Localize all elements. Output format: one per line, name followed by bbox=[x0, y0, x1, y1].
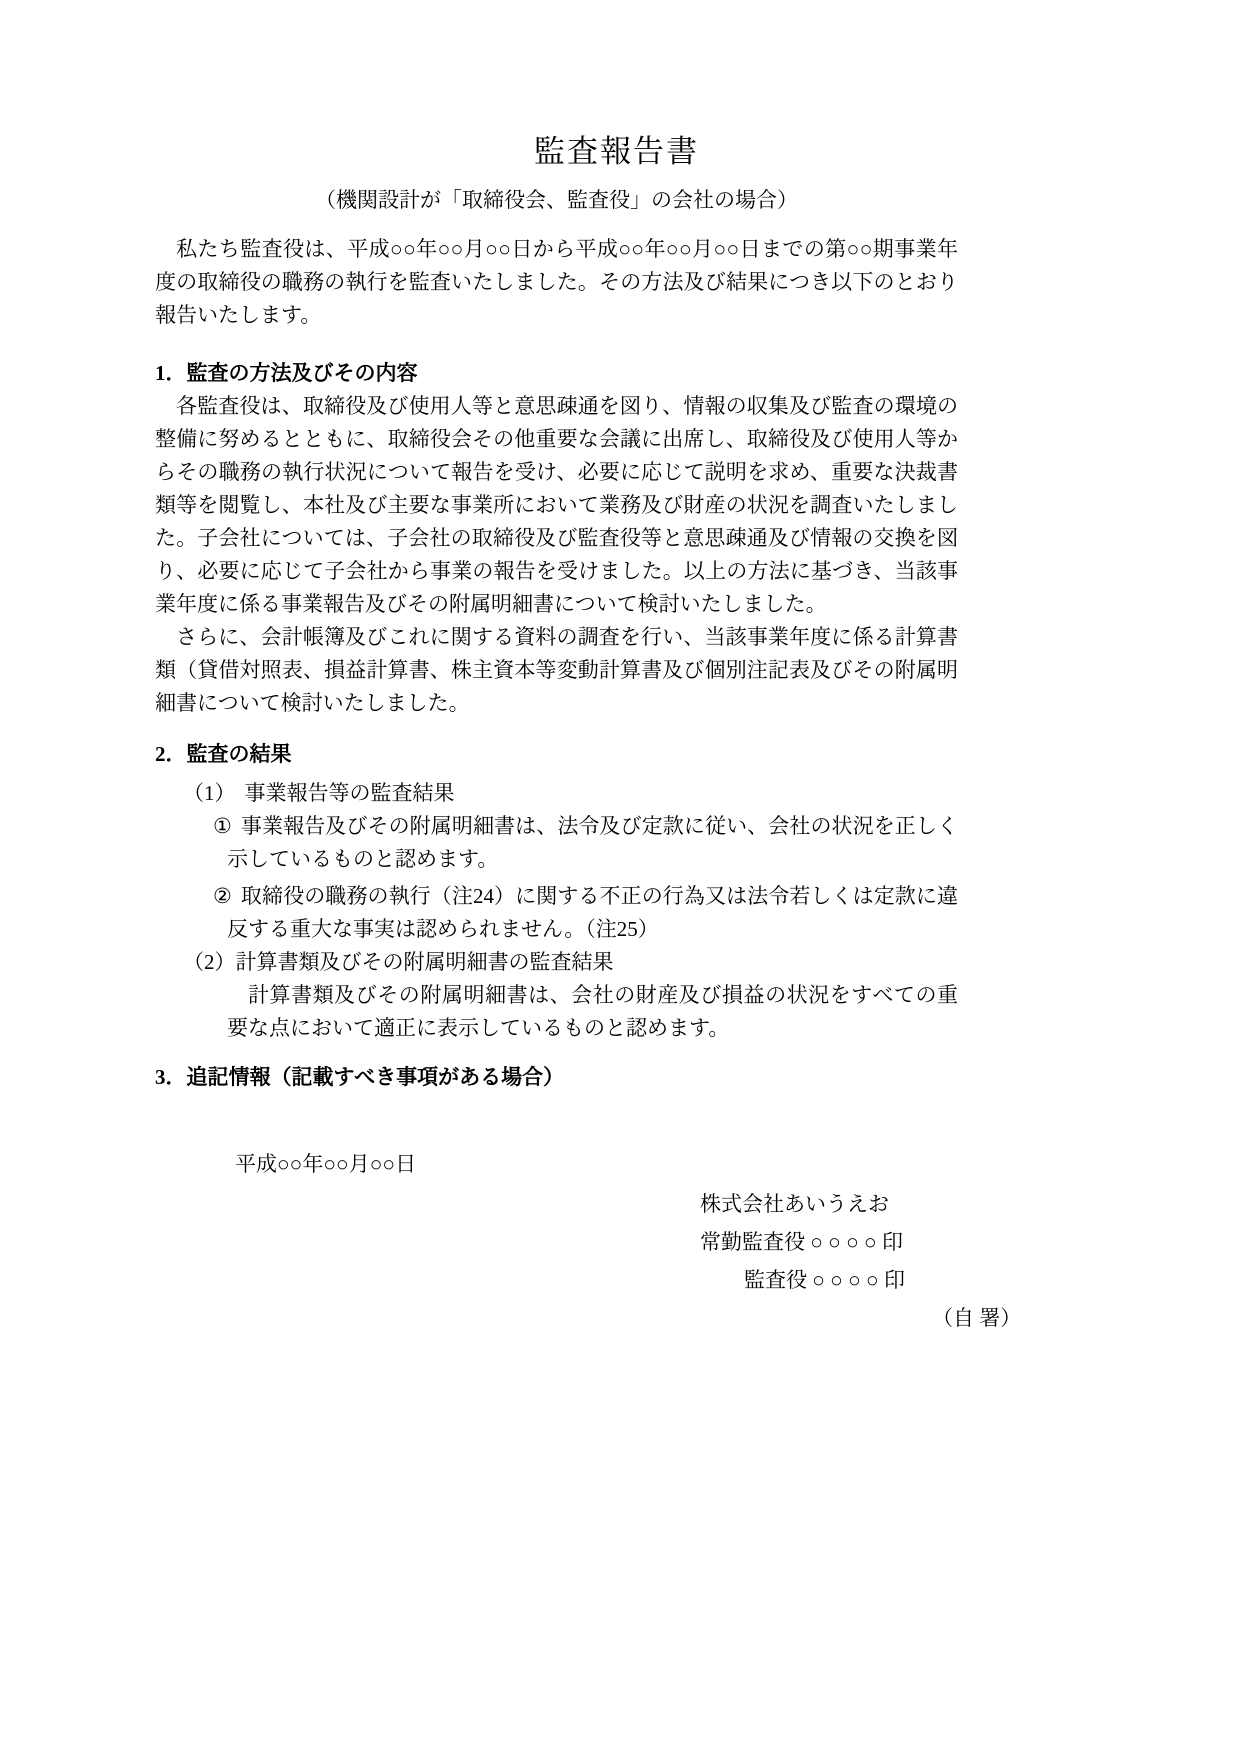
document-content: 監査報告書 （機関設計が「取締役会、監査役」の会社の場合） 私たち監査役は、平成… bbox=[0, 0, 958, 1337]
section1-paragraph-1: 各監査役は、取締役及び使用人等と意思疎通を図り、情報の収集及び監査の環境の整備に… bbox=[155, 390, 958, 621]
audit-result-item-1-text: 事業報告及びその附属明細書は、法令及び定款に従い、会社の状況を正しく示しているも… bbox=[227, 814, 958, 871]
section2-sub2-label: （2） bbox=[183, 950, 236, 974]
signature-block: 株式会社あいうえお 常勤監査役 ○ ○ ○ ○ 印 監査役 ○ ○ ○ ○ 印 … bbox=[700, 1185, 958, 1337]
circled-2-marker: ② bbox=[213, 884, 232, 908]
section2-sub2-title: 計算書類及びその附属明細書の監査結果 bbox=[236, 950, 614, 974]
company-name: 株式会社あいうえお bbox=[700, 1185, 958, 1223]
section3-heading: 3．追記情報（記載すべき事項がある場合） bbox=[155, 1061, 958, 1094]
section2-heading: 2．監査の結果 bbox=[155, 738, 958, 771]
section2-sub1-label: （1） bbox=[183, 781, 236, 805]
section2-sub2-heading: （2）計算書類及びその附属明細書の監査結果 bbox=[183, 946, 958, 979]
report-date: 平成○○年○○月○○日 bbox=[235, 1148, 958, 1181]
section1-paragraph-2: さらに、会計帳簿及びこれに関する資料の調査を行い、当該事業年度に係る計算書類（貸… bbox=[155, 621, 958, 720]
audit-result-item-2: ②取締役の職務の執行（注24）に関する不正の行為又は法令若しくは定款に違反する重… bbox=[155, 880, 958, 946]
self-signature-note: （自 署） bbox=[700, 1299, 958, 1337]
section2-sub2-paragraph: 計算書類及びその附属明細書は、会社の財産及び損益の状況をすべての重要な点において… bbox=[227, 979, 958, 1045]
standing-auditor-signature-line: 常勤監査役 ○ ○ ○ ○ 印 bbox=[700, 1223, 958, 1261]
audit-result-item-1: ①事業報告及びその附属明細書は、法令及び定款に従い、会社の状況を正しく示している… bbox=[155, 810, 958, 876]
document-subtitle: （機関設計が「取締役会、監査役」の会社の場合） bbox=[155, 184, 958, 217]
audit-result-item-2-text: 取締役の職務の執行（注24）に関する不正の行為又は法令若しくは定款に違反する重大… bbox=[227, 884, 958, 941]
section1-heading: 1．監査の方法及びその内容 bbox=[155, 357, 958, 390]
auditor-signature-line: 監査役 ○ ○ ○ ○ 印 bbox=[700, 1261, 958, 1299]
section2-sub1-title: 事業報告等の監査結果 bbox=[245, 781, 455, 805]
circled-1-marker: ① bbox=[213, 814, 232, 838]
document-title: 監査報告書 bbox=[275, 130, 958, 174]
intro-paragraph: 私たち監査役は、平成○○年○○月○○日から平成○○年○○月○○日までの第○○期事… bbox=[155, 233, 958, 332]
audit-report-page: 監査報告書 （機関設計が「取締役会、監査役」の会社の場合） 私たち監査役は、平成… bbox=[0, 0, 1240, 1755]
section2-sub1-heading: （1）事業報告等の監査結果 bbox=[183, 777, 958, 810]
